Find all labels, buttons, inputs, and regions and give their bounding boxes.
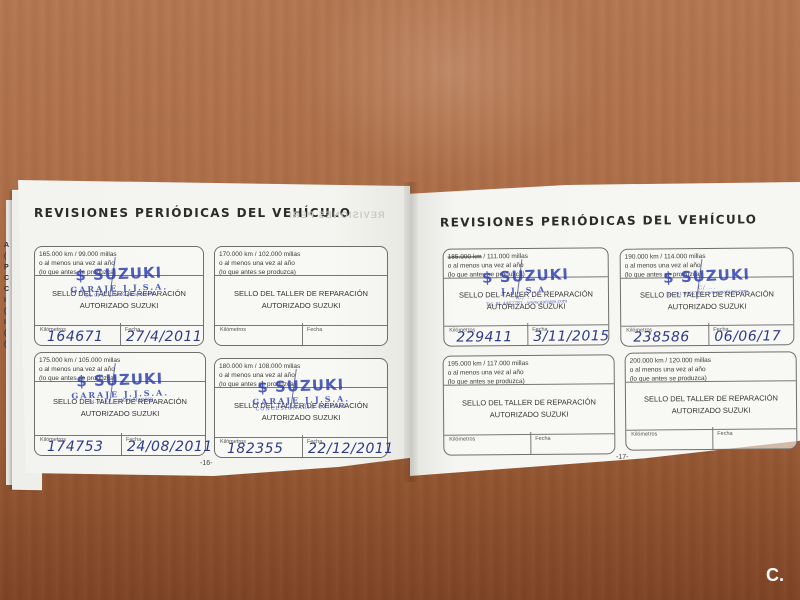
service-interval: 170.000 km / 102.000 millas o al menos u… [219, 250, 300, 277]
light-glare [300, 0, 600, 180]
field-divider [302, 323, 303, 345]
garage-name [631, 282, 783, 289]
service-interval: 165.000 km / 99.000 millas o al menos un… [39, 250, 117, 277]
interval-condition: o al menos una vez al año [39, 259, 117, 268]
date-label: Fecha [535, 436, 550, 442]
km-label: Kilómetros [220, 327, 246, 333]
km-label: Kilómetros [449, 436, 475, 442]
interval-condition: o al menos una vez al año [219, 371, 300, 380]
date-label: Fecha [307, 327, 322, 333]
interval-km: 175.000 km / 105.000 millas [39, 357, 120, 364]
interval-km: 190.000 km / 114.000 millas [625, 253, 706, 261]
stamp-label-line-2: AUTORIZADO SUZUKI [35, 408, 205, 420]
divider [35, 325, 203, 326]
service-interval: 195.000 km / 117.000 millas o al menos u… [448, 359, 529, 387]
divider [215, 275, 387, 276]
side-mark: C [4, 273, 14, 284]
date-value: 06/06/17 [714, 328, 781, 345]
side-mark: ( [4, 306, 14, 317]
field-divider [530, 432, 531, 454]
service-record-box: 185.000 km / 111.000 millas o al menos u… [443, 247, 610, 346]
booklet-spine [404, 182, 418, 482]
stamp-label-line-2: AUTORIZADO SUZUKI [444, 300, 608, 313]
date-value: 3/11/2015 [533, 328, 609, 345]
service-record-box: 190.000 km / 114.000 millas o al menos u… [620, 247, 795, 347]
side-mark: ( [4, 328, 14, 339]
interval-km: 180.000 km / 108.000 millas [219, 363, 300, 370]
workshop-stamp-label: SELLO DEL TALLER DE REPARACIÓN AUTORIZAD… [621, 288, 793, 314]
interval-km: 195.000 km / 117.000 millas [448, 360, 529, 368]
divider [215, 387, 387, 388]
service-interval: 180.000 km / 108.000 millas o al menos u… [219, 362, 300, 389]
service-record-box: 165.000 km / 99.000 millas o al menos un… [34, 246, 204, 346]
side-mark: ( [4, 251, 14, 262]
interval-km: 165.000 km / 99.000 millas [39, 251, 117, 258]
divider [215, 325, 387, 326]
stamp-label-line-2: AUTORIZADO SUZUKI [621, 300, 793, 314]
struck-interval-km: 185.000 km [448, 253, 482, 260]
service-interval: 200.000 km / 120.000 millas o al menos u… [630, 356, 712, 384]
field-divider [120, 323, 121, 345]
side-mark: C [4, 284, 14, 295]
field-divider [712, 427, 713, 449]
field-divider [121, 433, 122, 455]
stamp-label-line-2: AUTORIZADO SUZUKI [444, 408, 614, 421]
divider [621, 324, 793, 327]
side-mark: I [4, 317, 14, 328]
date-value: 22/12/2011 [308, 441, 394, 457]
stamp-label-line-1: SELLO DEL TALLER DE REPARACIÓN [621, 288, 793, 302]
stamp-label-line-2: AUTORIZADO SUZUKI [35, 300, 203, 312]
service-interval: 175.000 km / 105.000 millas o al menos u… [39, 356, 120, 383]
stamp-label-line-2: AUTORIZADO SUZUKI [215, 412, 387, 424]
km-value: 182355 [227, 441, 283, 457]
service-record-box: 200.000 km / 120.000 millas o al menos u… [625, 351, 798, 450]
field-divider [527, 323, 528, 345]
side-mark: ( [4, 339, 14, 350]
side-mark: I [4, 295, 14, 306]
stamp-label-line-1: SELLO DEL TALLER DE REPARACIÓN [444, 288, 608, 301]
divider [35, 435, 205, 436]
workshop-stamp-label: SELLO DEL TALLER DE REPARACIÓN AUTORIZAD… [444, 288, 608, 313]
service-interval: 185.000 km / 111.000 millas o al menos u… [448, 252, 529, 280]
service-record-box: 170.000 km / 102.000 millas o al menos u… [214, 246, 388, 346]
watermark-logo: C. [766, 565, 784, 586]
interval-km: 200.000 km / 120.000 millas [630, 357, 711, 365]
page-number-right: -17- [616, 454, 628, 461]
divider [444, 324, 608, 326]
service-interval: 190.000 km / 114.000 millas o al menos u… [625, 252, 706, 280]
underpage-side-marks: A(PCCI(I(( [4, 240, 14, 350]
workshop-stamp-label: SELLO DEL TALLER DE REPARACIÓN AUTORIZAD… [215, 400, 387, 424]
date-value: 24/08/2011 [127, 439, 213, 455]
workshop-stamp-label: SELLO DEL TALLER DE REPARACIÓN AUTORIZAD… [35, 396, 205, 420]
divider [35, 275, 203, 276]
km-value: 174753 [47, 439, 103, 455]
stamp-label-line-2: AUTORIZADO SUZUKI [626, 404, 796, 417]
date-label: Fecha [717, 431, 732, 437]
stamp-label-line-1: SELLO DEL TALLER DE REPARACIÓN [215, 288, 387, 300]
divider [215, 437, 387, 438]
workshop-stamp-label: SELLO DEL TALLER DE REPARACIÓN AUTORIZAD… [215, 288, 387, 312]
interval-condition: o al menos una vez al año [39, 365, 120, 374]
divider [444, 383, 614, 385]
workshop-stamp-label: SELLO DEL TALLER DE REPARACIÓN AUTORIZAD… [626, 392, 796, 417]
km-value: 238586 [633, 329, 690, 345]
side-mark: P [4, 262, 14, 273]
stamp-label-line-1: SELLO DEL TALLER DE REPARACIÓN [215, 400, 387, 412]
divider [35, 381, 205, 382]
interval-condition: o al menos una vez al año [219, 259, 300, 268]
service-record-box: 175.000 km / 105.000 millas o al menos u… [34, 352, 206, 456]
service-record-box: 195.000 km / 117.000 millas o al menos u… [443, 354, 616, 455]
service-record-box: 180.000 km / 108.000 millas o al menos u… [214, 358, 388, 458]
divider [621, 276, 793, 279]
interval-km: 170.000 km / 102.000 millas [219, 251, 300, 258]
divider [626, 428, 796, 430]
bleed-through-heading: REVISIONES PERI [288, 210, 385, 220]
km-value: 164671 [47, 329, 103, 345]
stamp-label-line-2: AUTORIZADO SUZUKI [215, 300, 387, 312]
workshop-stamp-label: SELLO DEL TALLER DE REPARACIÓN AUTORIZAD… [35, 288, 203, 312]
date-value: 27/4/2011 [126, 329, 202, 345]
stamp-label-line-1: SELLO DEL TALLER DE REPARACIÓN [444, 396, 614, 409]
km-label: Kilómetros [631, 431, 657, 437]
field-divider [708, 323, 709, 345]
stamp-label-line-1: SELLO DEL TALLER DE REPARACIÓN [35, 396, 205, 408]
side-mark: A [4, 240, 14, 251]
workshop-stamp-label: SELLO DEL TALLER DE REPARACIÓN AUTORIZAD… [444, 396, 614, 421]
stamp-label-line-1: SELLO DEL TALLER DE REPARACIÓN [35, 288, 203, 300]
field-divider [302, 435, 303, 457]
page-number-left: -16- [200, 460, 212, 467]
km-value: 229411 [456, 329, 513, 345]
stamp-label-line-1: SELLO DEL TALLER DE REPARACIÓN [626, 392, 796, 405]
